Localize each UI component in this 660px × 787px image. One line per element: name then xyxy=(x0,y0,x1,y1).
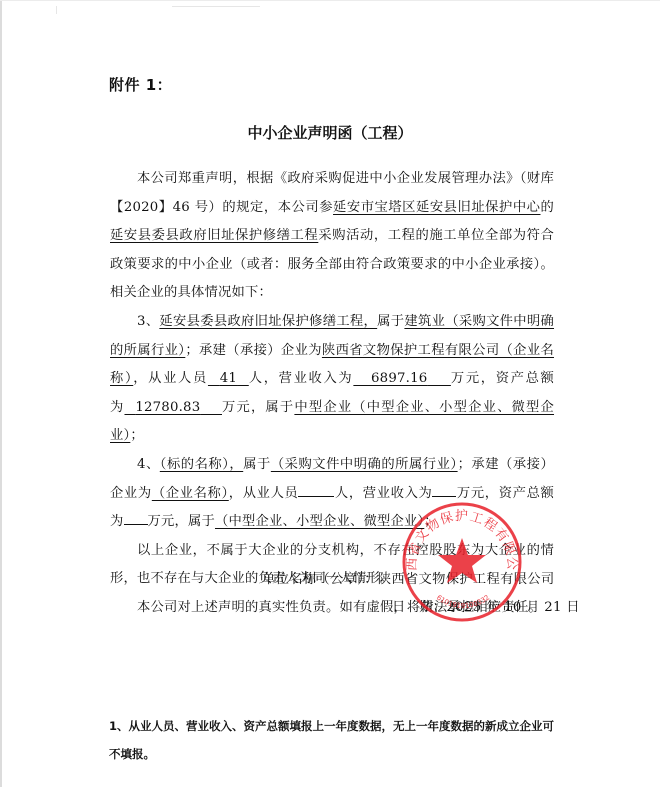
purchaser-name: 延安市宝塔区延安县旧址保护中心 xyxy=(333,200,540,215)
item4-employees-blank xyxy=(298,482,334,497)
item3-assets: 12780.83 xyxy=(124,400,222,415)
date-value: 2025 年 10 月 21 日 xyxy=(446,600,580,615)
signature-line: 单位名称（公章）：陕西省文物保护工程有限公司 xyxy=(262,568,555,587)
paragraph-declaration: 本公司郑重声明，根据《政府采购促进中小企业发展管理办法》（财库【2020】46 … xyxy=(110,165,554,308)
text: 万元，属于 xyxy=(148,514,215,529)
item4-size: （中型企业、小型企业、微型企业） xyxy=(215,514,424,529)
item4-company: （企业名称） xyxy=(152,486,229,501)
item4-revenue-blank xyxy=(432,482,456,497)
document-body: 本公司郑重声明，根据《政府采购促进中小企业发展管理办法》（财库【2020】46 … xyxy=(110,165,554,623)
document-title: 中小企业声明函（工程） xyxy=(0,122,660,143)
item-number: 4、 xyxy=(137,457,160,472)
item-number: 3、 xyxy=(137,314,159,329)
attachment-label: 附件 1： xyxy=(109,74,172,95)
text: 人，营业收入为 xyxy=(334,486,432,501)
text: 的 xyxy=(541,200,555,215)
item4-industry: （采购文件中明确的所属行业） xyxy=(271,457,458,472)
text: 人，营业收入为 xyxy=(249,371,354,386)
text: ； xyxy=(130,428,144,443)
text: ，从业人员 xyxy=(229,486,299,501)
employees-value: 41 xyxy=(220,371,237,386)
paragraph-item-4: 4、（标的名称），属于（采购文件中明确的所属行业）；承建（承接）企业为（企业名称… xyxy=(110,451,554,537)
text: 万元，属于 xyxy=(222,400,294,415)
signature-company: 陕西省文物保护工程有限公司 xyxy=(378,572,555,587)
assets-value: 12780.83 xyxy=(135,400,200,415)
text: ，从业人员 xyxy=(133,371,208,386)
footnote: 1、从业人员、营业收入、资产总额填报上一年度数据，无上一年度数据的新成立企业可不… xyxy=(109,712,559,768)
document-page: 附件 1： 中小企业声明函（工程） 本公司郑重声明，根据《政府采购促进中小企业发… xyxy=(0,0,660,787)
item3-revenue: 6897.16 xyxy=(353,371,451,386)
scan-mark xyxy=(56,6,57,14)
page-left-edge xyxy=(0,0,2,787)
scan-mark xyxy=(172,6,260,7)
item3-project: 延安县委县政府旧址保护修缮工程， xyxy=(159,314,377,329)
text: 属于 xyxy=(243,457,271,472)
date-label: 日 期： xyxy=(392,600,446,615)
page-top-edge xyxy=(0,0,660,1)
signature-label: 单位名称（公章）： xyxy=(262,572,378,587)
paragraph-item-3: 3、延安县委县政府旧址保护修缮工程，属于建筑业（采购文件中明确的所属行业）；承建… xyxy=(110,308,554,451)
item4-assets-blank xyxy=(124,510,148,525)
item3-employees: 41 xyxy=(208,371,249,386)
revenue-value: 6897.16 xyxy=(371,371,427,386)
date-line: 日 期：2025 年 10 月 21 日 xyxy=(392,596,580,615)
project-name: 延安县委县政府旧址保护修缮工程 xyxy=(110,228,318,243)
item4-project: （标的名称）， xyxy=(160,457,243,472)
text: ； xyxy=(424,514,438,529)
text: 属于 xyxy=(377,314,404,329)
text: ；承建（承接）企业为 xyxy=(185,343,322,358)
